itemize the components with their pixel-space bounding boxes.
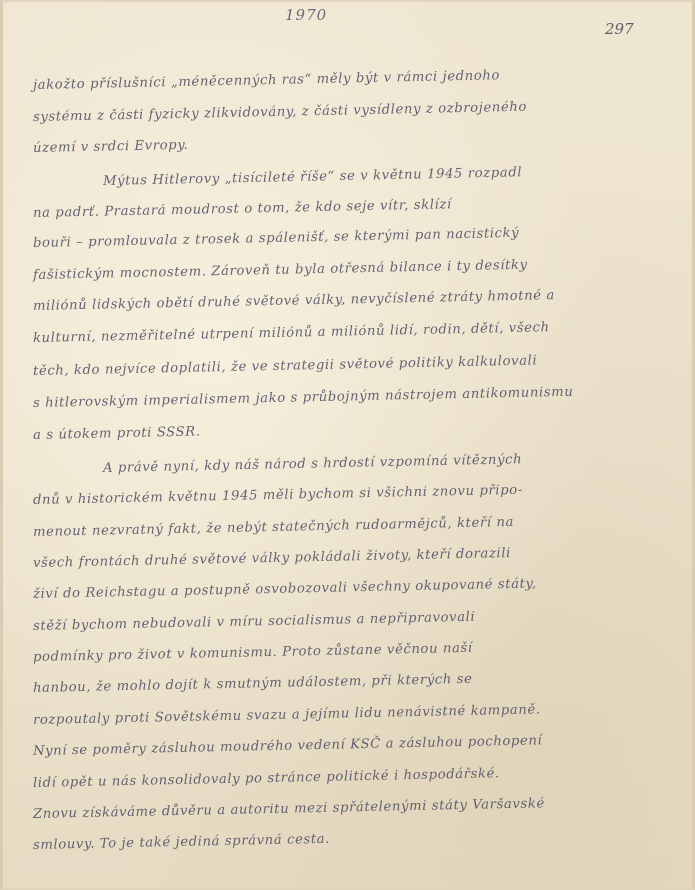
handwritten-line: všech frontách druhé světové války poklá… bbox=[33, 546, 511, 571]
handwritten-line: Znovu získáváme důvěru a autoritu mezi s… bbox=[33, 796, 545, 822]
handwritten-line: Nyní se poměry zásluhou moudrého vedení … bbox=[33, 733, 543, 759]
handwritten-line: fašistickým mocnostem. Zároveň tu byla o… bbox=[33, 258, 528, 283]
handwritten-line: dnů v historickém květnu 1945 měli bycho… bbox=[33, 483, 523, 508]
handwritten-line: podmínky pro život v komunismu. Proto zů… bbox=[33, 641, 473, 665]
handwritten-line: hanbou, že mohlo dojít k smutným událost… bbox=[33, 672, 473, 696]
page-number: 297 bbox=[605, 20, 634, 38]
handwritten-line: rozpoutaly proti Sovětskému svazu a její… bbox=[33, 702, 541, 728]
handwritten-line: menout nezvratný fakt, že nebýt statečný… bbox=[33, 515, 514, 540]
handwritten-line: stěží bychom nebudovali v míru socialism… bbox=[33, 610, 476, 634]
handwritten-line: s hitlerovským imperialismem jako s průb… bbox=[33, 385, 574, 411]
handwritten-line: smlouvy. To je také jediná správná cesta… bbox=[33, 832, 330, 853]
handwritten-line: miliónů lidských obětí druhé světové vál… bbox=[33, 288, 555, 314]
handwritten-line: kulturní, nezměřitelné utrpení miliónů a… bbox=[33, 320, 550, 346]
handwritten-line: těch, kdo nejvíce doplatili, že ve strat… bbox=[33, 353, 538, 379]
handwritten-line: systému z části fyzicky zlikvidovány, z … bbox=[33, 100, 527, 125]
handwritten-line: území v srdci Evropy. bbox=[33, 138, 189, 156]
handwritten-line: a s útokem proti SSSR. bbox=[33, 424, 201, 443]
handwritten-line: na padrť. Prastará moudrost o tom, že kd… bbox=[33, 197, 452, 221]
handwritten-line: Mýtus Hitlerovy „tisícileté říše“ se v k… bbox=[103, 165, 522, 189]
handwritten-line: lidí opět u nás konsolidovaly po stránce… bbox=[33, 766, 500, 791]
page-year: 1970 bbox=[285, 6, 327, 24]
handwritten-line: jakožto příslušníci „méněcenných ras“ mě… bbox=[33, 68, 500, 93]
handwritten-line: živí do Reichstagu a postupně osvobozova… bbox=[33, 576, 537, 602]
handwritten-line: A právě nyní, kdy náš národ s hrdostí vz… bbox=[103, 452, 522, 476]
handwritten-line: bouři – promlouvala z trosek a spálenišť… bbox=[33, 226, 520, 251]
chronicle-page: 1970 297 jakožto příslušníci „méněcennýc… bbox=[0, 0, 695, 890]
